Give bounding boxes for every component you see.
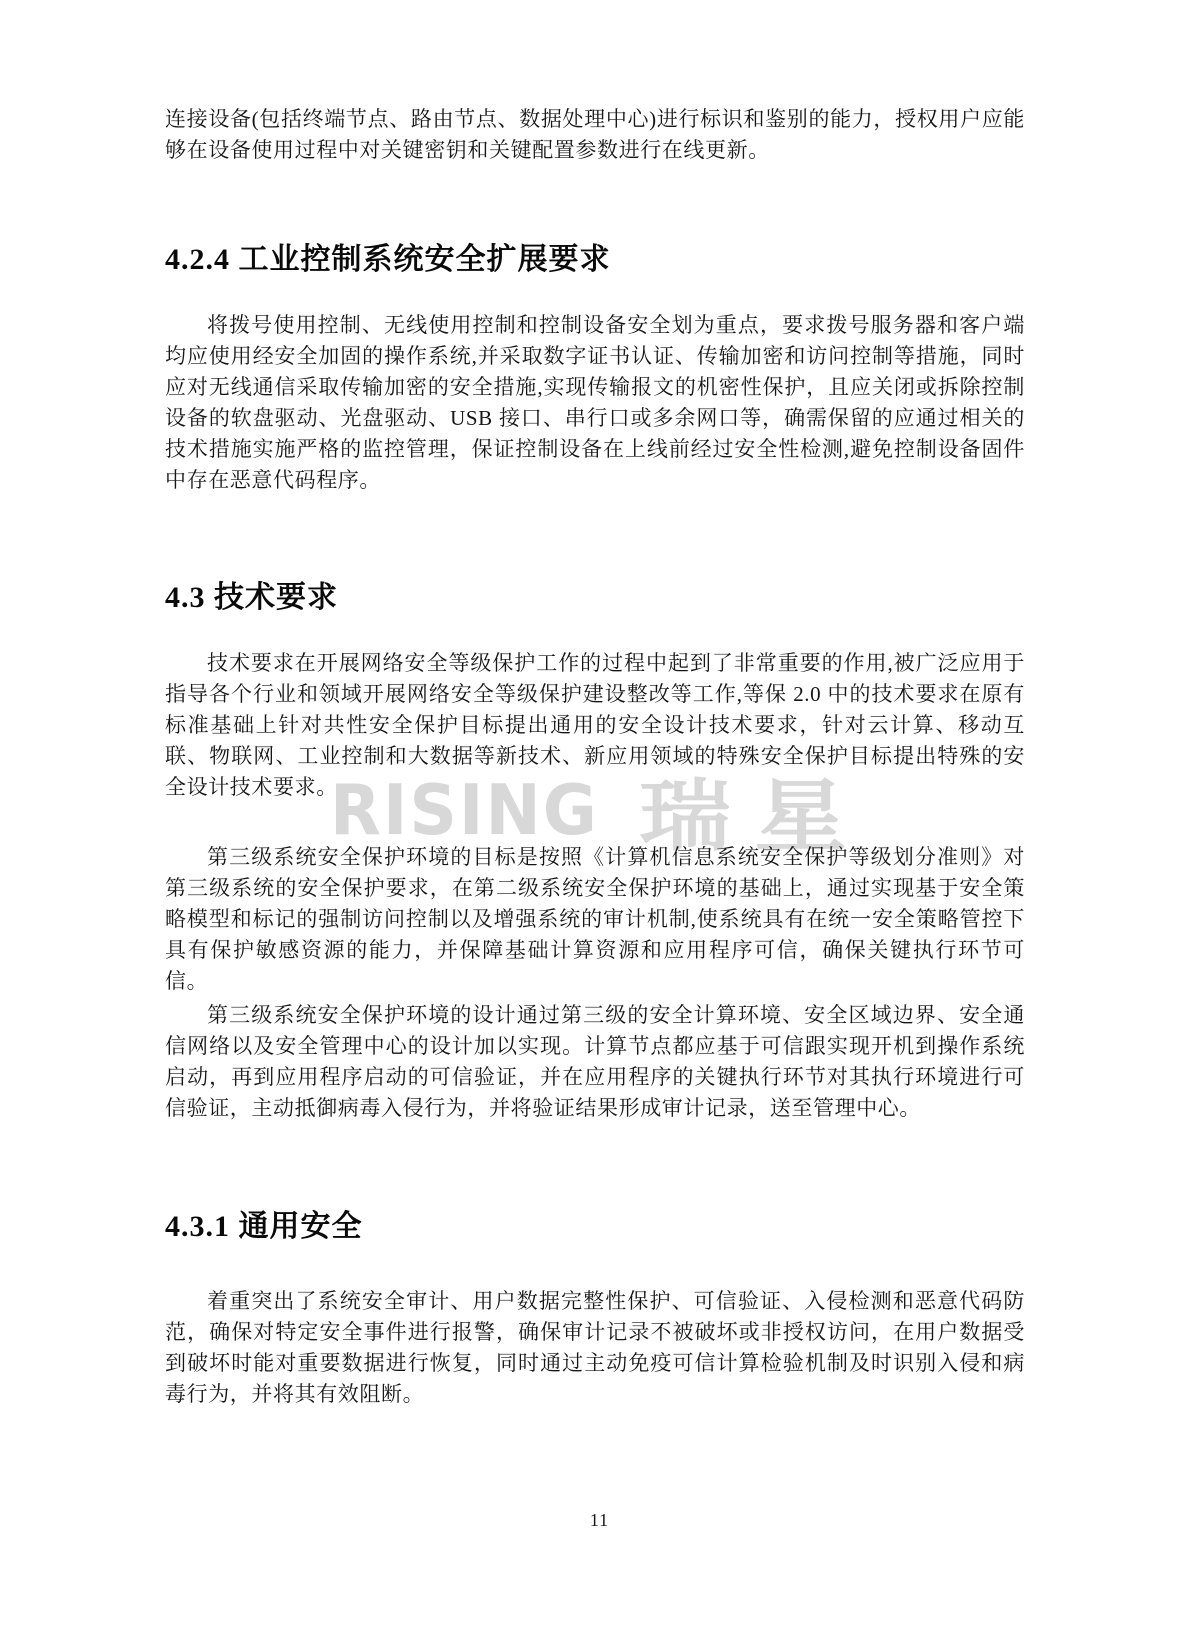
continuation-paragraph: 连接设备(包括终端节点、路由节点、数据处理中心)进行标识和鉴别的能力，授权用户应… xyxy=(165,104,1025,166)
section-heading-4-2-4: 4.2.4 工业控制系统安全扩展要求 xyxy=(165,240,1025,280)
section-4-3-1-paragraph: 着重突出了系统安全审计、用户数据完整性保护、可信验证、入侵检测和恶意代码防范，确… xyxy=(165,1286,1025,1410)
section-heading-4-3-1: 4.3.1 通用安全 xyxy=(165,1207,1025,1247)
page-number: 11 xyxy=(0,1510,1199,1531)
section-heading-4-3: 4.3 技术要求 xyxy=(165,578,1025,618)
section-4-3-paragraph-1: 技术要求在开展网络安全等级保护工作的过程中起到了非常重要的作用,被广泛应用于指导… xyxy=(165,648,1025,803)
document-page: RISING 瑞星 连接设备(包括终端节点、路由节点、数据处理中心)进行标识和鉴… xyxy=(0,0,1199,1627)
section-4-2-4-paragraph: 将拨号使用控制、无线使用控制和控制设备安全划为重点，要求拨号服务器和客户端均应使… xyxy=(165,310,1025,496)
section-4-3-paragraph-2: 第三级系统安全保护环境的目标是按照《计算机信息系统安全保护等级划分准则》对第三级… xyxy=(165,842,1025,997)
section-4-3-paragraph-3: 第三级系统安全保护环境的设计通过第三级的安全计算环境、安全区域边界、安全通信网络… xyxy=(165,1000,1025,1124)
